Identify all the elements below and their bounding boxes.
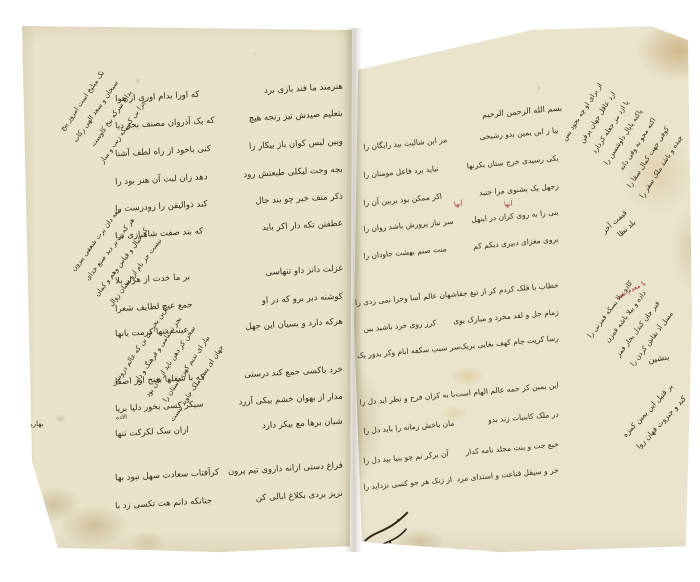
hemistich-left: مان باخش زمانه را باید دل را: [363, 417, 455, 438]
hemistich-left: کرآفتاب سعادت سهل نبود بها: [115, 467, 220, 486]
verse-line: غزلت دانز داو تنهاسیبر ما خدت از هزار بل…: [115, 263, 343, 289]
verse-line: نریز بردی بکلاغ ابالی کنجنانکه دانم هت ت…: [115, 488, 343, 514]
hemistich-right: بروی مغزای دبیری دیکم کم: [473, 232, 560, 252]
verse-line: شبان برها مع بیکر داردازان سک لکرکت تنها: [115, 416, 343, 442]
verse-line: فراغ دستی ازانه داروی تیم پرونکرآفتاب سع…: [115, 460, 343, 486]
right-page-text-block: بیا ز ابن یمین بدو رشیخیمر این شالیت بید…: [363, 24, 559, 558]
hemistich-right: فراغ دستی ازانه داروی تیم پرون: [228, 460, 344, 479]
hemistich-left: جنانکه دانم هت تکسی زد با: [115, 495, 213, 513]
hemistich-right: بتعلیم صیدش تیز رنجه هیچ: [248, 108, 343, 126]
hemistich-right: زمام جل و لقد مخرد و مبارک یوی: [453, 305, 560, 327]
hemistich-left: کند ذوالیقن را زودرست را: [115, 198, 208, 216]
verse-line: بجه وجت لیکلی طبعتش روددهد زان لبت آن هن…: [115, 164, 343, 190]
hemistich-right: ذکر منف خبر چو بند جال: [255, 191, 343, 209]
hemistich-left: نباید برد فاعل مومنان را: [363, 162, 439, 182]
hemistich-left: سر سبب سکفه ابام وکر بدور یک را: [348, 340, 460, 363]
hemistich-right: این یمین کر جمه عالم الهام است: [455, 378, 560, 400]
verse-line: در ملک کابنیات زند بدومان باخش زمانه را …: [363, 407, 559, 437]
hemistich-left: که با شفلها بغنج اور اصفا: [115, 371, 205, 389]
verse-line: این یمین کر جمه عالم الهام استبا به کران…: [363, 378, 559, 408]
hemistich-right: رسا کریت جام کهف بغایی بریک: [459, 331, 559, 353]
hemistich-left: با به کران فرح و نظر اید دل را: [359, 388, 456, 409]
verse-line: کوشنه دبر برو که در اوجمع عیج لطایف شعرا: [115, 291, 343, 317]
hemistich-right: در ملک کابنیات زند بدو: [488, 407, 560, 426]
hemistich-left: که اورا بدام اوری از هوا: [115, 89, 200, 107]
hemistich-left: آن برکر نم چو بنیا بید دل را: [363, 447, 449, 467]
hemistich-right: هرکه دارد و بسیان این جهل: [245, 316, 343, 334]
right-page: بسم الله الرحمن الرحیم از برای او چه بجو…: [352, 24, 692, 558]
hemistich-left: دهد زان لبت آن هنر بود را: [115, 171, 208, 189]
hemistich-right: خرد باکسی جمع کند درستی: [244, 364, 343, 382]
verse-line: رسا کریت جام کهف بغایی بریکسر سبب سکفه ا…: [363, 331, 559, 361]
hemistich-left: که بند صفت شاهبازی ترا: [115, 225, 204, 243]
hemistich-right: بیا ز ابن یمین بدو رشیخی: [479, 123, 559, 143]
verse-line: هرکه دارد و بسیان این جهلعینت تنها کرمت …: [115, 316, 343, 342]
verse-line: خبع جت و بنت مجلد نامه کدارآن برکر نم چو…: [363, 437, 559, 467]
hemistich-right: شبان برها مع بیکر دارد: [262, 416, 343, 433]
verse-line: ذکر منف خبر چو بند جالکند ذوالیقن را زود…: [115, 191, 343, 217]
verse-line: بتعلیم صیدش تیز رنجه هیچکه بک آذروان مصن…: [115, 108, 343, 134]
hemistich-left: جمع عیج لطایف شعرا: [115, 299, 193, 316]
hemistich-right: نریز بردی بکلاغ ابالی کن: [255, 488, 343, 506]
verse-line: مدار از بهوان خشم بیکی آزردسیکر کسی بخور…: [115, 391, 343, 417]
hemistich-left: سیکر کسی بخور دلیا بریا: [115, 398, 204, 416]
hemistich-right: زجهل یک بشنوی مرا جنید: [479, 179, 560, 199]
hemistich-right: بنی را به روی کران در اینهل: [471, 205, 559, 226]
verse-line: بنی را به روی کران در اینهلسر نیاز پرورش…: [363, 205, 559, 235]
hemistich-left: مر این شالیت بید رایگان را: [363, 133, 448, 153]
hemistich-right: کوشنه دبر برو که در او: [261, 291, 343, 309]
hemistich-right: خر و سیقل قناعت و استدای مرد: [456, 463, 559, 485]
left-page-text-block: هنرمند ما فند بازی بردکه اورا بدام اوری …: [115, 22, 343, 558]
left-margin-word: بهارور: [26, 420, 43, 428]
hemistich-right: مدار از بهوان خشم بیکی آزرد: [238, 391, 343, 410]
hemistich-right: وبین لبس کوان باز بیکار را: [249, 136, 343, 154]
verse-line: هنرمند ما فند بازی بردکه اورا بدام اوری …: [115, 81, 343, 107]
hemistich-left: کرز روی خرد باشید بین: [363, 316, 437, 335]
hemistich-right: هنرمند ما فند بازی برد: [264, 81, 344, 98]
verse-line: بروی مغزای دبیری دیکم کممنت صنم بهشت جاو…: [363, 232, 559, 262]
right-margin-word: بنشین: [647, 352, 670, 365]
verse-line: یکی رسیدی خرج ستان بکرنهانباید برد فاعل …: [363, 151, 559, 181]
hemistich-left: بر ما خدت از هزار بلا: [115, 271, 191, 288]
hemistich-right: خطاب با فلک کردم کر از تیغ جفا: [456, 278, 559, 300]
verse-line: بیا ز ابن یمین بدو رشیخیمر این شالیت بید…: [363, 123, 559, 153]
hemistich-left: سر نیاز پرورش باشد روان را: [363, 215, 454, 236]
catchword-flourish: [354, 497, 427, 563]
hemistich-left: اکر ممکن بود بربین آن را: [363, 190, 443, 210]
hemistich-right: خبع جت و بنت مجلد نامه کدار: [465, 437, 559, 458]
hemistich-right: بجه وجت لیکلی طبعتش رود: [243, 164, 343, 183]
verse-line: خر و سیقل قناعت و استدای مرداز زنک هر جو…: [363, 463, 559, 493]
hemistich-left: که بک آذروان مصنف بجز دیا: [115, 115, 215, 134]
hemistich-right: غزلت دانز داو تنهاسی: [265, 263, 343, 280]
hemistich-left: از زنک هر جو کسی نزداید را: [363, 473, 453, 494]
hemistich-left: ازان سک لکرکت تنها: [115, 424, 189, 441]
hemistich-right: یکی رسیدی خرج ستان بکرنها: [466, 151, 559, 172]
hemistich-right: عطفتن تکه دار اکر باید: [262, 218, 344, 235]
hemistich-left: منت صنم بهشت جاودان را: [363, 242, 447, 262]
verse-line: خطاب با فلک کردم کر از تیغ جفاشهان عالم …: [363, 278, 559, 308]
manuscript-photo: تک مبلیخ است امروز بیج سبحان و سعد الهی …: [0, 0, 700, 582]
verse-line: وبین لبس کوان باز بیکار راکنی باخود از ر…: [115, 136, 343, 162]
interlinear-note: الاده: [116, 414, 127, 422]
hemistich-left: عینت تنها کرمت بانها: [115, 324, 189, 341]
verse-line: زجهل یک بشنوی مرا جنیداکر ممکن بود بربین…: [363, 179, 559, 209]
left-page: تک مبلیخ است امروز بیج سبحان و سعد الهی …: [20, 22, 356, 558]
verse-line: خرد باکسی جمع کند درستیکه با شفلها بغنج …: [115, 364, 343, 390]
verse-line: عطفتن تکه دار اکر بایدکه بند صفت شاهبازی…: [115, 218, 343, 244]
hemistich-left: کنی باخود از راه لطف آشنا: [115, 143, 212, 161]
verse-line: زمام جل و لقد مخرد و مبارک یویکرز روی خر…: [363, 305, 559, 335]
hemistich-left: شهان عالم آسا وجرا نمی زدی را: [354, 287, 457, 309]
